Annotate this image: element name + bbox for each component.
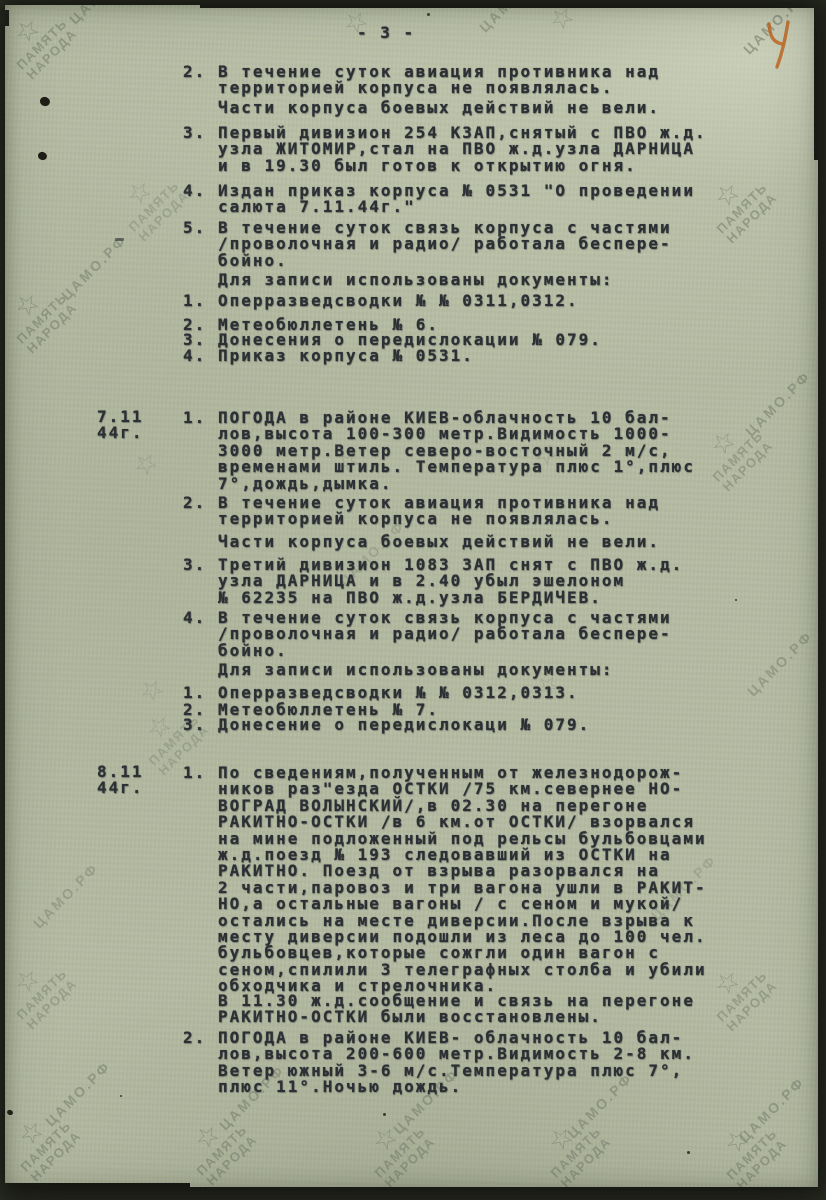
ink-speck xyxy=(383,1113,386,1116)
punch-hole xyxy=(37,151,48,161)
scanned-document-page: ЦАМО.РФЦАМО.РФЦАМО.РФЦАМО.РФЦАМО.РФЦАМО.… xyxy=(0,0,826,1200)
margin-dash xyxy=(115,238,124,241)
ink-speck xyxy=(427,13,430,16)
scan-edge-top-right xyxy=(200,0,826,8)
ink-speck xyxy=(735,599,737,601)
ink-speck xyxy=(120,1095,122,1097)
scan-edge-bottom-left xyxy=(0,1183,190,1200)
ink-speck xyxy=(545,940,547,942)
ink-speck xyxy=(687,1151,690,1154)
punch-hole xyxy=(6,1109,13,1116)
scan-edge-left-notch xyxy=(0,10,9,26)
scan-edge-right xyxy=(818,0,826,1200)
handwritten-page-number xyxy=(763,20,797,70)
punch-hole xyxy=(39,96,51,107)
artifact-layer xyxy=(0,0,826,1200)
scan-edge-right-thick xyxy=(814,0,826,160)
scan-edge-left xyxy=(0,0,5,1200)
